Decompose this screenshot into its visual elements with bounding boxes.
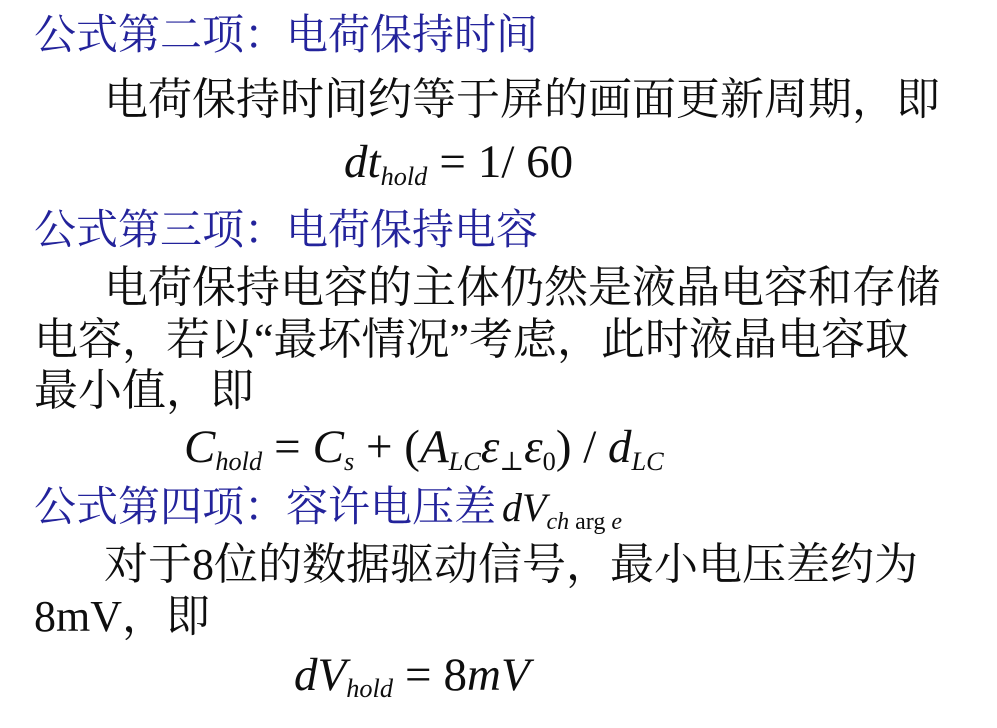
formula-dt-hold: dthold=1/ 60 (344, 132, 973, 193)
slide: 公式第二项：电荷保持时间 电荷保持时间约等于屏的画面更新周期，即 dthold=… (0, 0, 997, 728)
formula-dt-var: dt (344, 136, 381, 188)
formula-dv-sub: hold (346, 674, 393, 703)
dv-charge-sub: ch arg e (546, 509, 622, 535)
formula-c-equals: = (274, 421, 301, 473)
formula-plus-open: + ( (366, 421, 420, 473)
section2-body-line1: 电荷保持时间约等于屏的画面更新周期，即 (34, 74, 973, 126)
dv-charge-sub-e: e (611, 509, 622, 535)
dv-charge-sub-arg: arg (569, 509, 611, 535)
formula-c-s-var: C (313, 421, 344, 473)
dv-charge-inline-formula: dVch arg e (502, 485, 622, 530)
dv-charge-sub-ch: ch (546, 509, 569, 535)
formula-c-s-sub: s (344, 447, 354, 476)
formula-eps2-sub: 0 (543, 447, 556, 476)
section2-heading: 公式第二项：电荷保持时间 (34, 12, 973, 60)
formula-eps1-sub: ⊥ (499, 447, 524, 476)
formula-c-hold: Chold=Cs + (ALCε⊥ε0) / dLC (184, 417, 973, 478)
formula-dv-value-unit: mV (467, 649, 530, 701)
section-term3: 公式第三项：电荷保持电容 电荷保持电容的主体仍然是液晶电容和存储 电容，若以“最… (34, 207, 973, 478)
section3-body-line3: 最小值，即 (34, 365, 973, 417)
section4-heading-text: 公式第四项：容许电压差 (34, 485, 496, 531)
formula-eps1-var: ε (481, 421, 500, 473)
formula-dv-var: dV (294, 649, 346, 701)
formula-dt-value: 1/ 60 (478, 136, 573, 188)
formula-c-hold-var: C (184, 421, 215, 473)
formula-d-sub: LC (632, 447, 664, 476)
section3-body-line1: 电荷保持电容的主体仍然是液晶电容和存储 (34, 262, 973, 314)
section-term2: 公式第二项：电荷保持时间 电荷保持时间约等于屏的画面更新周期，即 dthold=… (34, 12, 973, 193)
formula-c-hold-sub: hold (215, 447, 262, 476)
formula-dv-hold: dVhold=8mV (294, 645, 973, 706)
section4-heading: 公式第四项：容许电压差dVch arg e (34, 484, 973, 532)
section-term4: 公式第四项：容许电压差dVch arg e 对于8位的数据驱动信号，最小电压差约… (34, 484, 973, 705)
formula-dv-equals: = (405, 649, 432, 701)
formula-d-var: d (608, 421, 632, 473)
formula-dv-value-num: 8 (444, 649, 468, 701)
section4-body-line2: 8mV，即 (34, 591, 973, 643)
formula-eps2-var: ε (524, 421, 543, 473)
section4-body-line1: 对于8位的数据驱动信号，最小电压差约为 (34, 539, 973, 591)
formula-close-slash: ) / (556, 421, 596, 473)
section3-body-line2: 电容，若以“最坏情况”考虑，此时液晶电容取 (34, 314, 973, 366)
formula-a-var: A (420, 421, 449, 473)
dv-charge-var: dV (502, 485, 546, 530)
formula-dt-equals: = (439, 136, 466, 188)
formula-a-sub: LC (449, 447, 481, 476)
formula-dt-sub: hold (381, 162, 428, 191)
section3-heading: 公式第三项：电荷保持电容 (34, 207, 973, 255)
